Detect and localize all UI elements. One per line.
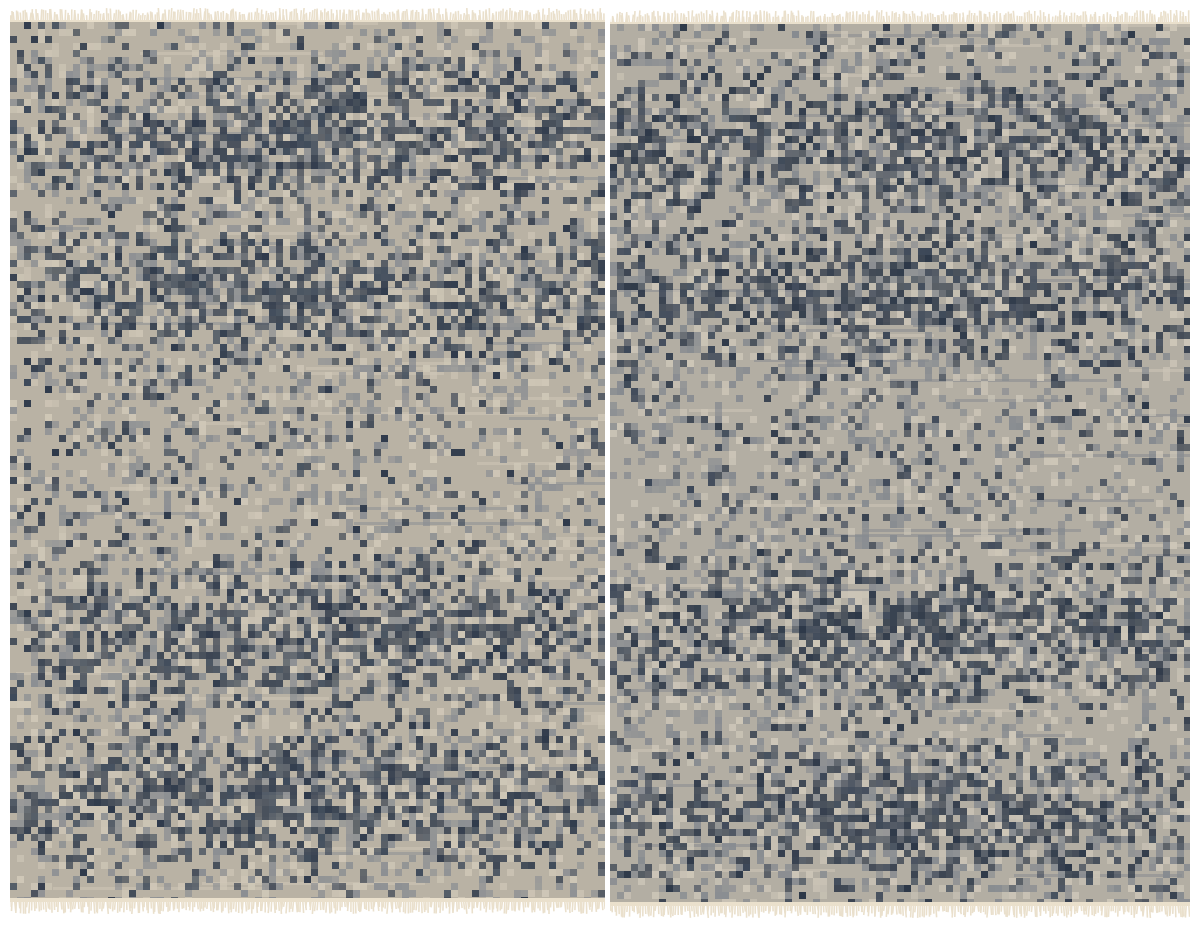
left-rug: [10, 8, 605, 914]
bottom-fringe: [10, 898, 605, 914]
right-rug: [610, 10, 1190, 918]
bottom-fringe: [610, 902, 1190, 918]
rug-pile: [610, 24, 1190, 904]
rug-pile: [10, 22, 605, 900]
